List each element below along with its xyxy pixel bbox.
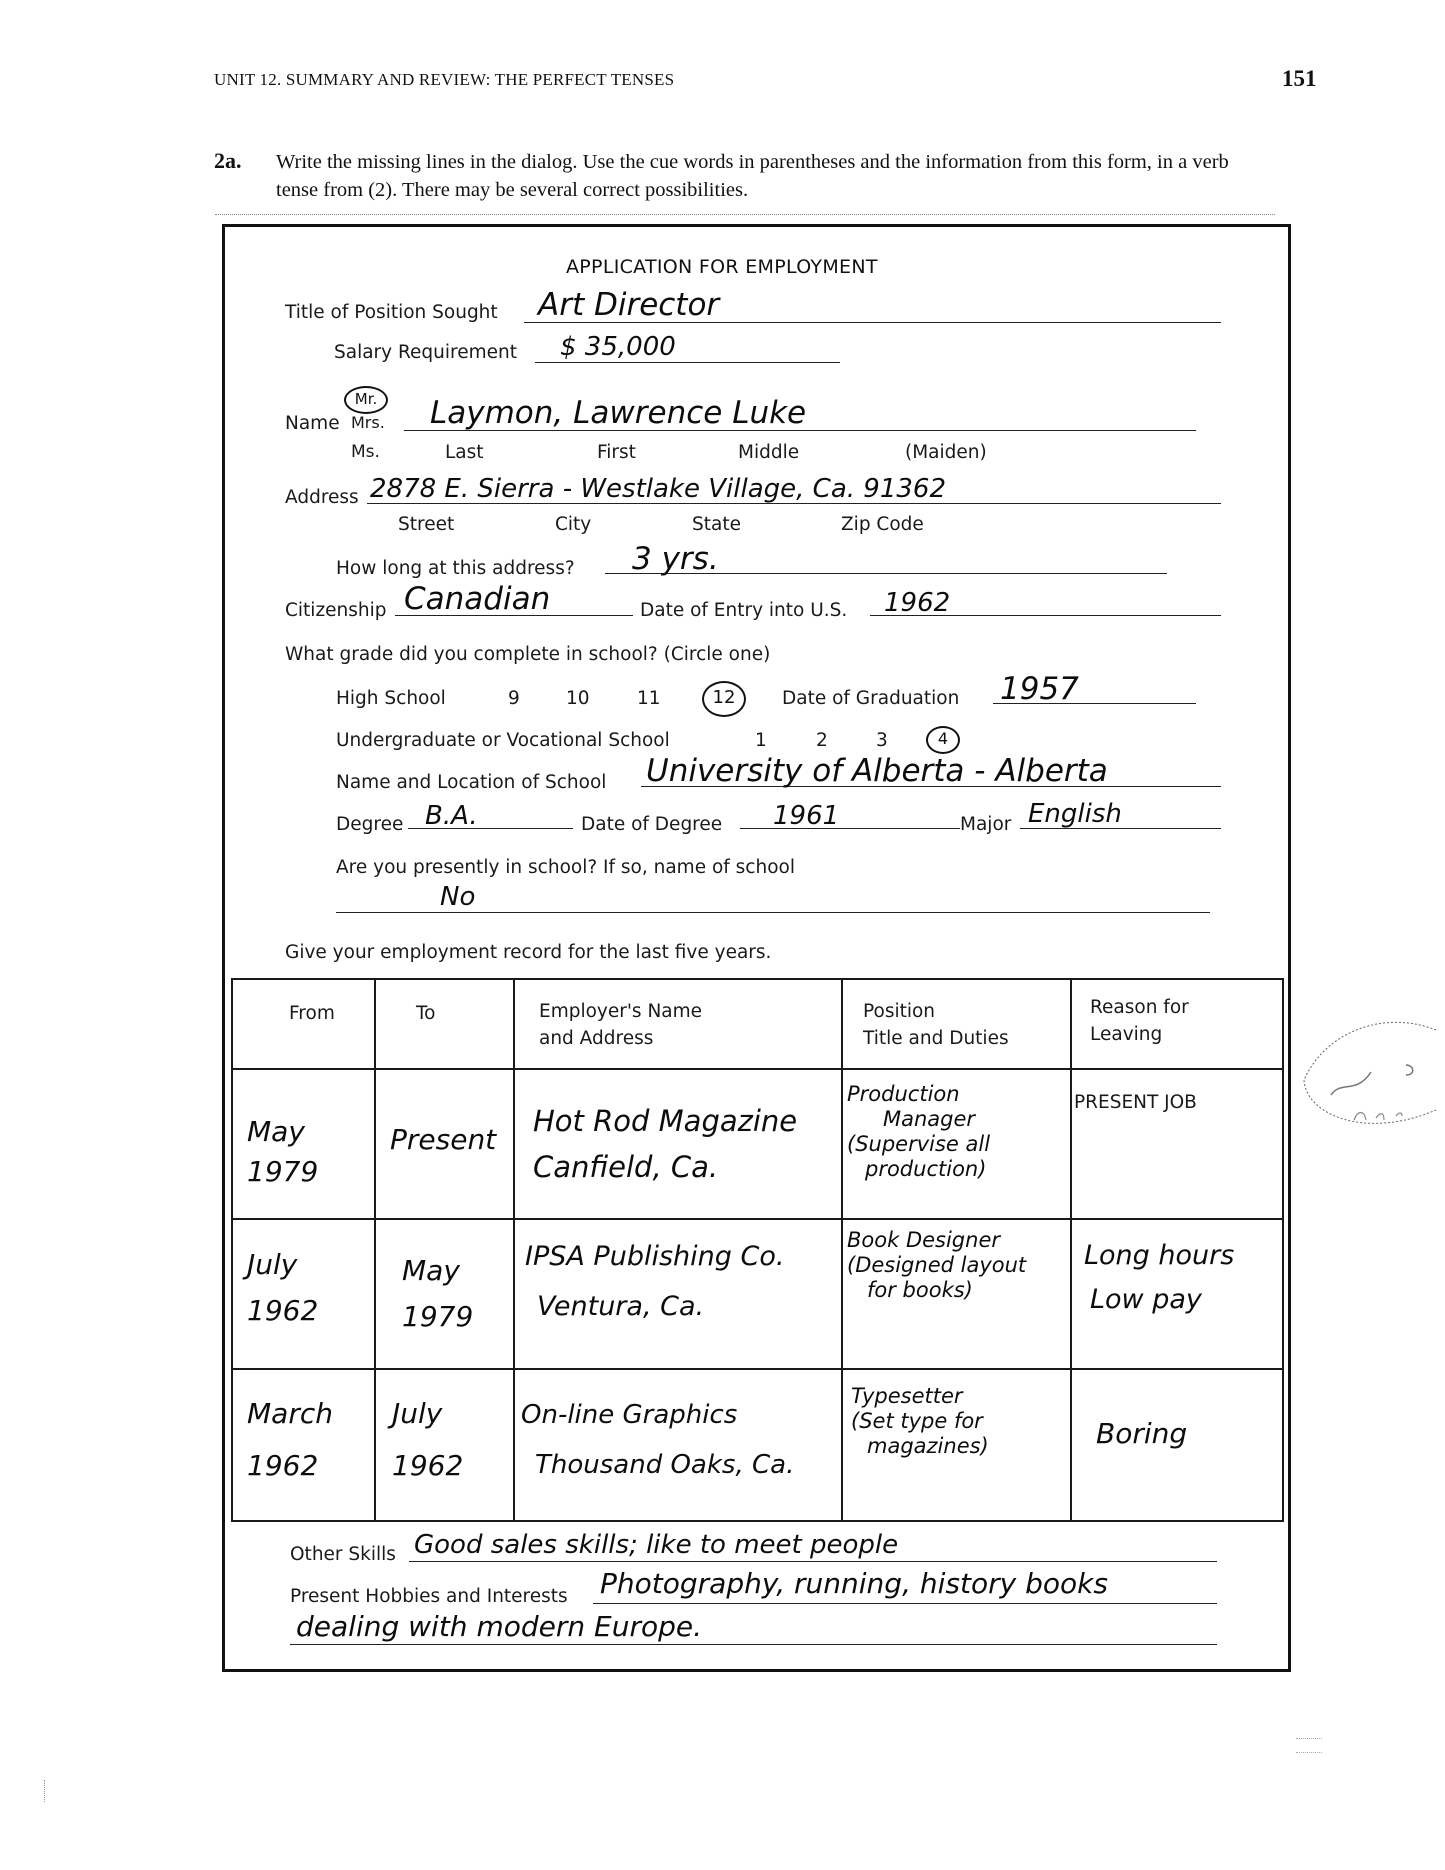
cell-position: ProductionManager(Supervise allproductio… [842,1069,1071,1219]
cell-reason: Boring [1071,1369,1283,1521]
name-sublabel-middle: Middle [738,442,799,463]
table-row: July1962 May1979 IPSA Publishing Co.Vent… [232,1219,1283,1369]
entry-date-label: Date of Entry into U.S. [640,600,847,621]
honorific-mr-circled[interactable]: Mr. [344,386,388,414]
cell-reason: Long hoursLow pay [1071,1219,1283,1369]
school-name-value: University of Alberta - Alberta [646,756,1108,787]
position-value: Art Director [538,290,719,321]
citizenship-value: Canadian [404,584,550,615]
citizenship-label: Citizenship [285,600,387,621]
cell-to: Present [375,1069,514,1219]
degree-date-label: Date of Degree [581,814,722,835]
cell-to: July1962 [375,1369,514,1521]
school-name-label: Name and Location of School [336,772,606,793]
employment-prompt: Give your employment record for the last… [285,942,771,963]
salary-field-line[interactable] [535,362,840,363]
graduation-date-value: 1957 [1000,674,1079,705]
running-head: UNIT 12. SUMMARY AND REVIEW: THE PERFECT… [214,70,674,90]
exercise-instructions: Write the missing lines in the dialog. U… [276,148,1246,204]
high-school-option-11[interactable]: 11 [637,688,661,709]
in-school-label: Are you presently in school? If so, name… [336,857,795,878]
header-reason: Reason forLeaving [1071,979,1283,1069]
hobbies-value-line2: dealing with modern Europe. [296,1613,702,1641]
high-school-option-10[interactable]: 10 [566,688,590,709]
name-value: Laymon, Lawrence Luke [430,398,806,429]
undergrad-option-3[interactable]: 3 [876,730,888,751]
cell-employer: On-line GraphicsThousand Oaks, Ca. [514,1369,842,1521]
name-sublabel-maiden: (Maiden) [905,442,987,463]
cell-employer: IPSA Publishing Co.Ventura, Ca. [514,1219,842,1369]
graduation-date-label: Date of Graduation [782,688,959,709]
major-value: English [1028,801,1122,827]
cell-reason: PRESENT JOB [1071,1069,1283,1219]
high-school-option-9[interactable]: 9 [508,688,520,709]
cell-from: May1979 [232,1069,375,1219]
name-sublabel-last: Last [445,442,484,463]
undergrad-option-2[interactable]: 2 [816,730,828,751]
table-header-row: From To Employer's Nameand Address Posit… [232,979,1283,1069]
cell-position: Typesetter(Set type formagazines) [842,1369,1071,1521]
address-sublabel-state: State [692,514,741,535]
cell-from: July1962 [232,1219,375,1369]
divider [215,214,1275,215]
major-label: Major [960,814,1011,835]
table-row: May1979 Present Hot Rod MagazineCanfield… [232,1069,1283,1219]
address-value: 2878 E. Sierra - Westlake Village, Ca. 9… [370,476,946,502]
salary-value: $ 35,000 [560,334,676,360]
undergrad-option-4-circled[interactable]: 4 [926,726,960,754]
in-school-field-line[interactable] [336,912,1210,913]
high-school-label: High School [336,688,446,709]
header-to: To [375,979,514,1069]
degree-value: B.A. [425,803,478,829]
hobbies-field-line-2[interactable] [290,1644,1217,1645]
honorific-ms[interactable]: Ms. [351,442,380,462]
employment-table: From To Employer's Nameand Address Posit… [231,978,1284,1522]
table-row: March1962 July1962 On-line GraphicsThous… [232,1369,1283,1521]
scan-artifact [44,1780,45,1802]
name-label: Name [285,413,340,434]
undergrad-label: Undergraduate or Vocational School [336,730,670,751]
cell-position: Book Designer(Designed layoutfor books) [842,1219,1071,1369]
position-label: Title of Position Sought [285,302,498,323]
salary-label: Salary Requirement [334,342,517,363]
margin-scribble-icon [1296,1000,1445,1140]
honorific-mrs[interactable]: Mrs. [351,413,385,432]
address-sublabel-zip: Zip Code [841,514,924,535]
other-skills-value: Good sales skills; like to meet people [414,1532,898,1558]
undergrad-option-1[interactable]: 1 [755,730,767,751]
address-label: Address [285,487,359,508]
header-from: From [232,979,375,1069]
scan-artifact [1296,1752,1322,1753]
grade-question: What grade did you complete in school? (… [285,644,770,665]
degree-label: Degree [336,814,403,835]
other-skills-field-line[interactable] [409,1561,1217,1562]
address-sublabel-street: Street [398,514,454,535]
in-school-value: No [440,884,475,910]
header-employer: Employer's Nameand Address [514,979,842,1069]
name-sublabel-first: First [597,442,636,463]
other-skills-label: Other Skills [290,1544,396,1565]
cell-to: May1979 [375,1219,514,1369]
hobbies-label: Present Hobbies and Interests [290,1586,568,1607]
degree-date-value: 1961 [773,803,839,829]
cell-from: March1962 [232,1369,375,1521]
hobbies-field-line[interactable] [593,1603,1217,1604]
header-position: PositionTitle and Duties [842,979,1071,1069]
how-long-label: How long at this address? [336,558,575,579]
exercise-number: 2a. [214,148,242,174]
address-sublabel-city: City [555,514,591,535]
cell-employer: Hot Rod MagazineCanfield, Ca. [514,1069,842,1219]
entry-date-value: 1962 [884,590,950,616]
hobbies-value-line1: Photography, running, history books [600,1570,1108,1598]
high-school-option-12-circled[interactable]: 12 [702,681,746,717]
form-title: APPLICATION FOR EMPLOYMENT [566,256,878,278]
how-long-value: 3 yrs. [632,544,719,575]
page-number: 151 [1282,66,1317,92]
scan-artifact [1296,1738,1322,1739]
